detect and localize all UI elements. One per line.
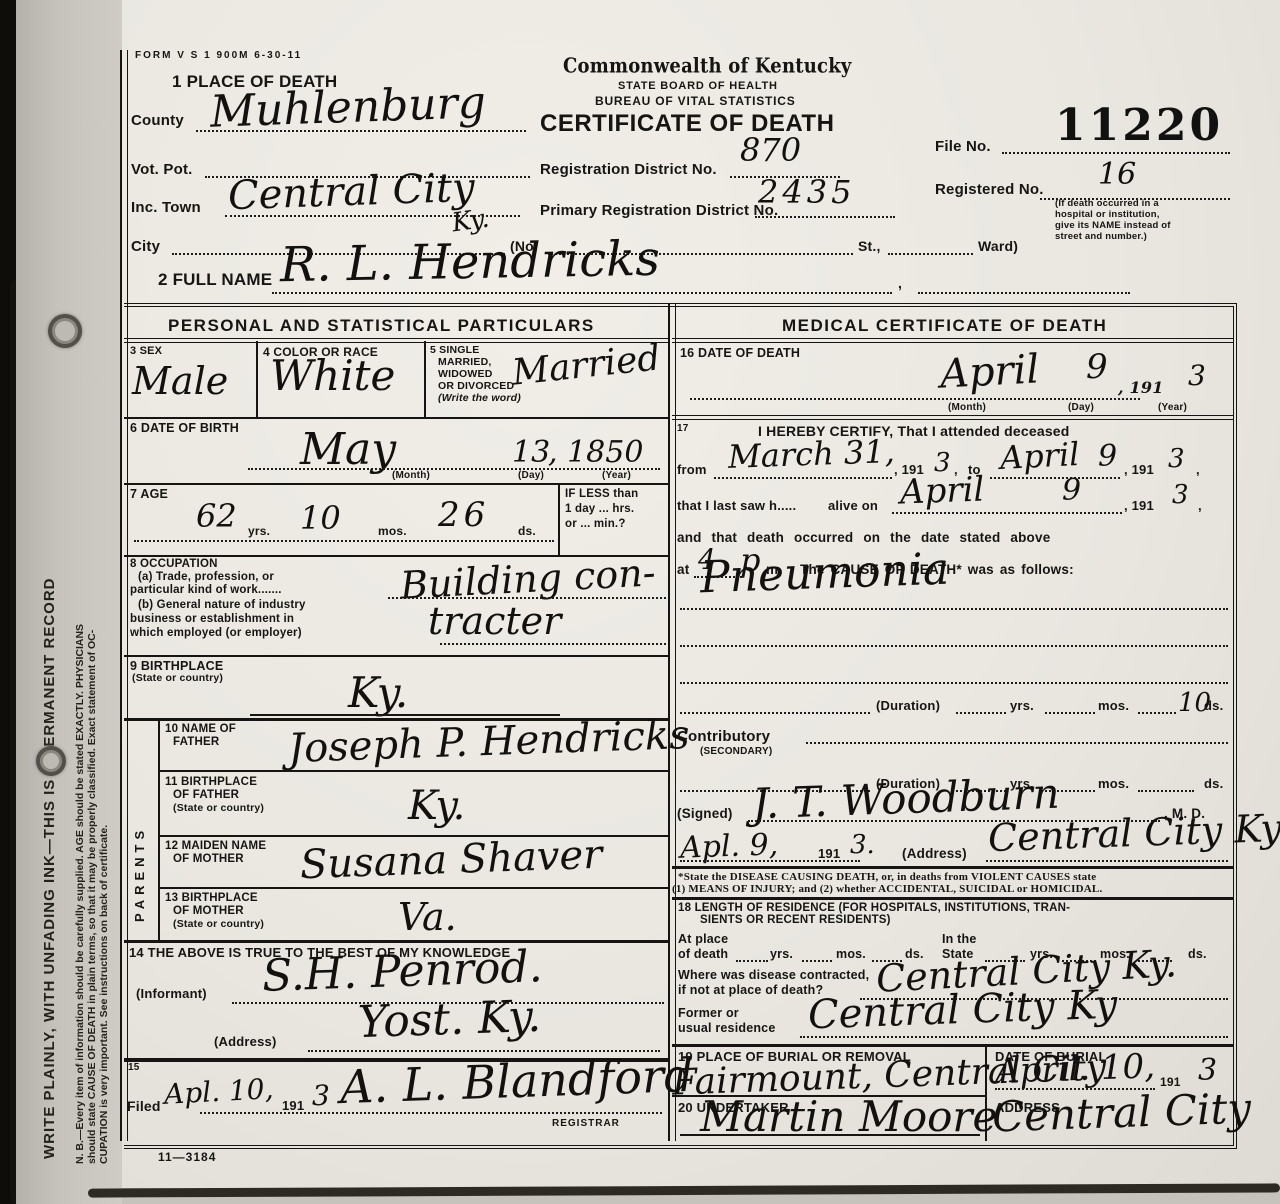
margin-nb-line3: CUPATION is very important. See instruct…: [98, 825, 110, 1164]
dob-year-handwritten: , 1850: [548, 438, 643, 468]
parents-box-bottom-rule: [124, 940, 668, 943]
parents-vertical-label: PARENTS: [132, 762, 147, 922]
file-no-dotted-line: [1002, 152, 1230, 154]
hospital-note-line4: street and number.): [1055, 231, 1147, 242]
punch-hole-bottom: [36, 746, 66, 776]
undertaker-line: [680, 1134, 980, 1136]
margin-nb-line1: N. B.—Every item of information should b…: [74, 624, 86, 1164]
occupation-label-6: which employed (or employer): [130, 627, 302, 639]
marital-label-5: (Write the word): [438, 392, 521, 404]
bureau-heading: BUREAU OF VITAL STATISTICS: [595, 94, 796, 108]
dob-dotted-line: [248, 468, 660, 470]
occupation-dotted-line1: [388, 597, 666, 599]
duration2-ds-label: ds.: [1204, 776, 1223, 791]
mother-birthplace-subcaption: (State or country): [173, 918, 264, 930]
birthplace-subcaption: (State or country): [132, 672, 223, 684]
res-dots-1: [736, 960, 768, 962]
attended-from-handwritten: March 31,: [727, 435, 895, 473]
primary-registration-handwritten: 2435: [758, 176, 855, 208]
death-certificate-scan: WRITE PLAINLY, WITH UNFADING INK—THIS IS…: [0, 0, 1280, 1204]
duration-label: (Duration): [876, 698, 940, 713]
margin-nb-line2: should state CAUSE OF DEATH in plain ter…: [86, 630, 98, 1164]
cause-dotted-line1: [680, 608, 1228, 610]
birthplace-handwritten: Ky.: [348, 672, 408, 714]
occupation-label-5: business or establishment in: [130, 613, 294, 625]
dod-bottom-rule: [672, 415, 1233, 420]
parents-box-divider: [158, 718, 160, 940]
age-yrs-label: yrs.: [248, 524, 270, 538]
mother-name-label-1: 12 MAIDEN NAME: [165, 840, 266, 852]
age-months-handwritten: 10: [300, 502, 341, 534]
occupation-dotted-line2: [440, 643, 666, 645]
city-st-dotted-line: [888, 253, 973, 255]
personal-title-rule: [124, 338, 668, 343]
saw-comma: ,: [1198, 498, 1202, 513]
duration-mos-label: mos.: [1098, 698, 1129, 713]
filed-label: Filed: [127, 1098, 161, 1114]
date-of-death-label: 16 DATE OF DEATH: [680, 346, 800, 360]
mother-birthplace-label-2: OF MOTHER: [173, 905, 244, 917]
footnote-line2: (1) MEANS OF INJURY; and (2) whether ACC…: [672, 883, 1102, 895]
attended-from-dotted-line: [714, 477, 892, 479]
registered-no-handwritten: 16: [1098, 160, 1136, 190]
at-hour-label: at: [677, 562, 689, 577]
dob-day-caption: (Day): [518, 470, 544, 481]
last-saw-dotted-line: [892, 512, 1122, 514]
registrar-label: REGISTRAR: [552, 1118, 620, 1129]
signed-year-printed: 191: [818, 846, 840, 861]
row-rule-1: [124, 417, 668, 419]
duration-ds-label: ds.: [1204, 698, 1223, 713]
undertaker-handwritten: Martin Moore: [700, 1096, 997, 1138]
margin-write-plainly-text: WRITE PLAINLY, WITH UNFADING INK—THIS IS…: [41, 577, 58, 1159]
last-saw-day-handwritten: 9: [1062, 476, 1081, 506]
age-days-handwritten: 26: [438, 498, 489, 532]
age-years-handwritten: 62: [196, 500, 237, 532]
residence-title-line1: 18 LENGTH OF RESIDENCE (FOR HOSPITALS, I…: [678, 902, 1070, 914]
marital-label-2: MARRIED,: [438, 356, 492, 368]
marital-label-4: OR DIVORCED: [438, 380, 514, 392]
signed-date-handwritten: Apl. 9,: [680, 830, 779, 863]
duration-lead-dotted-line: [680, 712, 870, 714]
father-birthplace-label-1: 11 BIRTHPLACE: [165, 776, 257, 788]
footnote-top-rule: [672, 866, 1233, 869]
filed-year-printed: 191: [282, 1098, 304, 1113]
sex-label: 3 SEX: [130, 345, 162, 357]
occupation-handwritten-2: tracter: [428, 602, 561, 640]
signed-year-handwritten: 3.: [850, 832, 875, 858]
hospital-note-line3: give its NAME instead of: [1055, 220, 1171, 231]
marital-label-1: 5 SINGLE: [430, 344, 479, 356]
last-saw-month-handwritten: April: [899, 473, 984, 510]
full-name-comma: ,: [898, 275, 902, 291]
marital-label-3: WIDOWED: [438, 368, 492, 380]
certify-section-number: 17: [677, 423, 689, 434]
birthplace-label: 9 BIRTHPLACE: [130, 659, 223, 673]
death-occurred-statement: and that death occurred on the date stat…: [677, 530, 1050, 545]
registration-district-handwritten: 870: [740, 134, 801, 166]
city-label: City: [131, 238, 160, 255]
attended-to-year-printed: , 191: [1124, 462, 1154, 477]
date-of-death-day-handwritten: 9: [1086, 350, 1108, 384]
at-place-label-2: of death: [678, 947, 728, 961]
contributory-dotted-line: [806, 742, 1228, 744]
dob-month-caption: (Month): [392, 470, 430, 481]
former-residence-handwritten: Central City Ky: [807, 985, 1118, 1036]
age-dotted-line: [134, 540, 554, 542]
date-of-death-dotted-line: [690, 398, 1140, 400]
last-saw-year-printed: , 191: [1124, 498, 1154, 513]
if-less-line3: or ... min.?: [565, 518, 626, 530]
signed-label: (Signed): [677, 806, 733, 821]
duration-yrs-label: yrs.: [1010, 698, 1034, 713]
mother-name-handwritten: Susana Shaver: [299, 835, 602, 886]
city-st-label: St.,: [858, 238, 881, 254]
cause-dotted-line2: [680, 645, 1228, 647]
file-no-label: File No.: [935, 138, 991, 155]
state-board-heading: STATE BOARD OF HEALTH: [618, 80, 778, 92]
at-place-label-1: At place: [678, 932, 728, 946]
cause-of-death-handwritten: Pneumonia: [699, 548, 950, 601]
full-name-label: 2 FULL NAME: [158, 270, 272, 290]
footnote-line1: *State the DISEASE CAUSING DEATH, or, in…: [678, 871, 1096, 883]
age-ds-label: ds.: [518, 524, 536, 538]
informant-address-handwritten: Yost. Ky.: [357, 995, 541, 1045]
hospital-note-line2: hospital or institution,: [1055, 209, 1160, 220]
age-label: 7 AGE: [130, 487, 168, 501]
filed-year-handwritten: 3: [312, 1082, 330, 1110]
full-name-dotted-line2: [918, 292, 1130, 294]
personal-section-title: PERSONAL AND STATISTICAL PARTICULARS: [168, 316, 595, 336]
filed-date-handwritten: Apl. 10,: [163, 1075, 274, 1109]
in-the-label-1: In the: [942, 932, 977, 946]
burial-date-handwritten: April. 10,: [994, 1049, 1155, 1089]
mother-name-label-2: OF MOTHER: [173, 853, 244, 865]
mother-birthplace-handwritten: Va.: [398, 898, 457, 936]
attended-to-day-handwritten: 9: [1098, 442, 1117, 472]
medical-section-title: MEDICAL CERTIFICATE OF DEATH: [782, 316, 1107, 336]
dod-year-caption: (Year): [1158, 402, 1187, 413]
dob-day-handwritten: 13: [512, 438, 550, 468]
informant-handwritten: S.H. Penrod.: [261, 945, 543, 999]
signed-address-handwritten: Central City Ky: [987, 809, 1280, 857]
vot-pct-label: Vot. Pot.: [131, 161, 193, 178]
duration-dots-3: [1138, 712, 1176, 714]
sex-handwritten: Male: [132, 362, 228, 400]
burial-year-handwritten: 3: [1198, 1056, 1217, 1086]
footnote-bottom-rule: [672, 897, 1233, 900]
dod-day-caption: (Day): [1068, 402, 1094, 413]
inc-town-dotted-line: [225, 215, 520, 217]
county-label: County: [131, 112, 184, 129]
former-residence-label-1: Former or: [678, 1006, 739, 1020]
row-rule-2: [124, 483, 668, 485]
occupation-label-1: 8 OCCUPATION: [130, 558, 218, 570]
attended-from-label: from: [677, 462, 707, 477]
commonwealth-heading: Commonwealth of Kentucky: [563, 55, 852, 79]
medical-title-rule: [672, 338, 1233, 343]
if-less-box-divider: [558, 483, 560, 555]
if-less-line1: IF LESS than: [565, 488, 638, 500]
duration-dots-1: [956, 712, 1006, 714]
form-number: FORM V S 1 900M 6-30-11: [135, 50, 302, 61]
last-saw-label: that I last saw h.....: [677, 498, 796, 513]
date-of-death-year-printed: , 191: [1118, 378, 1164, 397]
occupation-label-4: (b) General nature of industry: [138, 599, 306, 611]
to-comma: ,: [1196, 462, 1200, 477]
parents-rule-3: [158, 887, 668, 889]
father-birthplace-label-2: OF FATHER: [173, 789, 239, 801]
registrar-signature-handwritten: A. L. Blandford: [339, 1052, 694, 1110]
res-mos-label-1: mos.: [836, 947, 866, 961]
father-birthplace-handwritten: Ky.: [408, 786, 465, 826]
color-race-handwritten: White: [270, 355, 395, 397]
undertaker-address-handwritten: Central City: [991, 1087, 1251, 1138]
father-birthplace-subcaption: (State or country): [173, 802, 264, 814]
father-name-label-1: 10 NAME OF: [165, 723, 236, 735]
residence-title-line2: SIENTS OR RECENT RESIDENTS): [700, 914, 891, 926]
former-residence-dotted-line: [800, 1036, 1228, 1038]
primary-registration-dotted-line: [755, 216, 895, 218]
registered-no-label: Registered No.: [935, 181, 1044, 198]
county-handwritten: Muhlenburg: [209, 81, 486, 135]
date-of-death-month-handwritten: April: [939, 349, 1040, 394]
date-of-death-year-handwritten: 3: [1188, 362, 1206, 390]
dob-year-caption: (Year): [602, 470, 631, 481]
contributory-label: Contributory: [677, 728, 770, 745]
inc-town-handwritten: Central City: [227, 168, 475, 217]
res-ds-label-2: ds.: [1188, 947, 1207, 961]
inc-town-label: Inc. Town: [131, 199, 201, 216]
informant-address-label: (Address): [214, 1034, 276, 1049]
color-marital-divider: [424, 341, 426, 417]
age-mos-label: mos.: [378, 524, 407, 538]
secondary-label: (SECONDARY): [700, 746, 772, 757]
duration2-mos-label: mos.: [1098, 776, 1129, 791]
birthplace-line: [250, 714, 560, 716]
dob-month-handwritten: May: [300, 428, 396, 472]
alive-on-label: alive on: [828, 498, 878, 513]
dod-month-caption: (Month): [948, 402, 986, 413]
signed-address-dotted-line: [986, 860, 1228, 862]
if-less-line2: 1 day ... hrs.: [565, 503, 634, 515]
duration-dots-2: [1045, 712, 1095, 714]
mother-birthplace-label-1: 13 BIRTHPLACE: [165, 892, 258, 904]
signed-address-label: (Address): [902, 846, 967, 861]
cause-dotted-line3: [680, 682, 1228, 684]
hospital-note-line1: (If death occurred in a: [1055, 198, 1159, 209]
sex-color-divider: [256, 341, 258, 417]
city-ward-label: Ward): [978, 238, 1018, 254]
attended-to-year-handwritten: 3: [1168, 446, 1185, 472]
parents-rule-1: [158, 770, 668, 772]
res-dots-2: [802, 960, 832, 962]
filed-dotted-line: [200, 1112, 662, 1114]
attended-to-handwritten: April: [999, 438, 1080, 474]
occupation-label-3: particular kind of work.......: [130, 584, 282, 596]
full-name-dotted-line1: [272, 292, 892, 294]
dob-label: 6 DATE OF BIRTH: [130, 421, 239, 435]
occupation-label-2: (a) Trade, profession, or: [138, 571, 274, 583]
punch-hole-top: [48, 314, 82, 348]
informant-label: (Informant): [136, 986, 207, 1001]
contracted-label-2: if not at place of death?: [678, 983, 823, 997]
contracted-label-1: Where was disease contracted,: [678, 968, 869, 982]
filed-section-number: 15: [128, 1062, 140, 1073]
plate-number: 11—3184: [158, 1150, 216, 1164]
father-name-label-2: FATHER: [173, 736, 219, 748]
primary-registration-label: Primary Registration District No.: [540, 202, 778, 219]
duration2-dots-3: [1138, 790, 1194, 792]
inc-town-state-handwritten: Ky.: [450, 206, 491, 237]
file-no-stamp: 11220: [1055, 100, 1223, 151]
last-saw-year-handwritten: 3: [1172, 482, 1189, 508]
full-name-handwritten: R. L. Hendricks: [280, 235, 661, 290]
attended-to-dotted-line: [990, 477, 1120, 479]
registration-district-label: Registration District No.: [540, 161, 717, 178]
signed-date-dotted-line: [680, 860, 860, 862]
former-residence-label-2: usual residence: [678, 1021, 776, 1035]
row-rule-4: [124, 655, 668, 657]
res-yrs-label-1: yrs.: [770, 947, 793, 961]
